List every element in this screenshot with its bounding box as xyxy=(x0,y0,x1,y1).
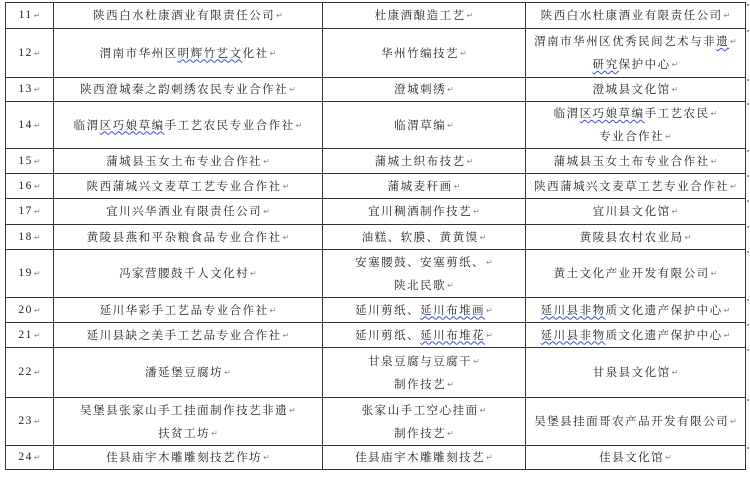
paragraph-mark-icon: ↵ xyxy=(283,233,290,242)
workshop-name: 陕西白水杜康酒业有限责任公司↵ xyxy=(54,3,323,29)
table-row: 15↵蒲城县玉女土布专业合作社↵蒲城土织布技艺↵蒲城县玉女土布专业合作社↵ xyxy=(6,149,746,174)
row-number: 24↵ xyxy=(6,446,54,470)
paragraph-mark-icon: ↵ xyxy=(724,11,731,20)
paragraph-mark-icon: ↵ xyxy=(34,49,41,58)
paragraph-mark-icon: ↵ xyxy=(480,233,487,242)
workshop-name-line: 黄陵县燕和平杂粮食品专业合作社↵ xyxy=(56,226,320,249)
spellcheck-underline: 延川布堆花 xyxy=(420,328,485,342)
row-number: 20↵ xyxy=(6,298,54,323)
heritage-project-line: 宜川稠酒制作技艺↵ xyxy=(325,200,523,223)
supporting-organization: 黄陵县农村农业局↵ xyxy=(526,225,746,250)
workshop-name-line: 吴堡县张家山手工挂面制作技艺非遗↵ xyxy=(56,399,320,422)
spellcheck-underline: 延川布堆画 xyxy=(420,303,485,317)
row-number-line: 19↵ xyxy=(8,262,51,285)
row-number: 13↵ xyxy=(6,78,54,102)
row-end-mark xyxy=(747,324,749,326)
paragraph-mark-icon: ↵ xyxy=(486,453,493,462)
row-end-mark xyxy=(747,30,749,32)
paragraph-mark-icon: ↵ xyxy=(447,281,454,290)
row-number: 23↵ xyxy=(6,398,54,446)
paragraph-mark-icon: ↵ xyxy=(296,121,303,130)
row-end-mark xyxy=(747,447,749,449)
workshop-name: 延川华彩手工艺品专业合作社↵ xyxy=(54,298,323,323)
paragraph-mark-icon: ↵ xyxy=(486,258,493,267)
heritage-workshop-table: 11↵陕西白水杜康酒业有限责任公司↵杜康酒酿造工艺↵陕西白水杜康酒业有限责任公司… xyxy=(5,2,746,470)
workshop-name: 陕西澄城秦之韵刺绣农民专业合作社↵ xyxy=(54,78,323,102)
workshop-name-line: 蒲城县玉女土布专业合作社↵ xyxy=(56,150,320,173)
table-body: 11↵陕西白水杜康酒业有限责任公司↵杜康酒酿造工艺↵陕西白水杜康酒业有限责任公司… xyxy=(6,3,746,470)
heritage-project: 临渭草编↵ xyxy=(323,102,526,149)
supporting-organization-line: 黄陵县农村农业局↵ xyxy=(528,226,743,249)
table-row: 21↵延川县缺之美手工艺品专业合作社↵延川剪纸、延川布堆花↵延川县非物质文化遗产… xyxy=(6,323,746,348)
heritage-project-line: 张家山手工空心挂面↵ xyxy=(325,399,523,422)
row-number-line: 23↵ xyxy=(8,410,51,433)
row-number: 15↵ xyxy=(6,149,54,174)
paragraph-mark-icon: ↵ xyxy=(685,233,692,242)
row-number: 14↵ xyxy=(6,102,54,149)
paragraph-mark-icon: ↵ xyxy=(34,207,41,216)
workshop-name-line: 冯家营腰鼓千人文化村↵ xyxy=(56,262,320,285)
supporting-organization-line: 渭南市华州区优秀民间艺术与非遗↵ xyxy=(528,30,743,53)
workshop-name-line: 扶贫工坊↵ xyxy=(56,422,320,445)
workshop-name: 蒲城县玉女土布专业合作社↵ xyxy=(54,149,323,174)
table-row: 23↵吴堡县张家山手工挂面制作技艺非遗↵扶贫工坊↵张家山手工空心挂面↵制作技艺↵… xyxy=(6,398,746,446)
workshop-name-line: 渭南市华州区明辉竹艺文化社↵ xyxy=(56,42,320,65)
heritage-project-line: 制作技艺↵ xyxy=(325,373,523,396)
paragraph-mark-icon: ↵ xyxy=(711,269,718,278)
workshop-name: 渭南市华州区明辉竹艺文化社↵ xyxy=(54,29,323,78)
row-number-line: 24↵ xyxy=(8,446,51,469)
row-number-line: 18↵ xyxy=(8,226,51,249)
supporting-organization: 蒲城县玉女土布专业合作社↵ xyxy=(526,149,746,174)
workshop-name: 吴堡县张家山手工挂面制作技艺非遗↵扶贫工坊↵ xyxy=(54,398,323,446)
paragraph-mark-icon: ↵ xyxy=(447,85,454,94)
table-row: 19↵冯家营腰鼓千人文化村↵安塞腰鼓、安塞剪纸、↵陕北民歌↵黄土文化产业开发有限… xyxy=(6,250,746,298)
table-row: 16↵陕西蒲城兴文麦草工艺专业合作社↵蒲城麦秆画↵陕西蒲城兴文麦草工艺专业合作社… xyxy=(6,174,746,199)
paragraph-mark-icon: ↵ xyxy=(447,380,454,389)
supporting-organization-line: 延川县非物质文化遗产保护中心↵ xyxy=(528,299,743,322)
supporting-organization-line: 佳县文化馆↵ xyxy=(528,446,743,469)
row-number: 12↵ xyxy=(6,29,54,78)
paragraph-mark-icon: ↵ xyxy=(724,306,731,315)
row-number: 21↵ xyxy=(6,323,54,348)
row-end-mark xyxy=(747,251,749,253)
paragraph-mark-icon: ↵ xyxy=(34,269,41,278)
supporting-organization-line: 延川县非物质文化遗产保护中心↵ xyxy=(528,324,743,347)
supporting-organization-line: 陕西白水杜康酒业有限责任公司↵ xyxy=(528,4,743,27)
heritage-project: 佳县庙宇木雕雕刻技艺↵ xyxy=(323,446,526,470)
table-row: 24↵佳县庙宇木雕雕刻技艺作坊↵佳县庙宇木雕雕刻技艺↵佳县文化馆↵ xyxy=(6,446,746,470)
paragraph-mark-icon: ↵ xyxy=(467,11,474,20)
spellcheck-underline: 区巧娘草编 xyxy=(580,106,645,120)
row-number-line: 15↵ xyxy=(8,150,51,173)
spellcheck-underline: 区巧娘草编 xyxy=(100,118,165,132)
workshop-name-line: 宜川兴华酒业有限责任公司↵ xyxy=(56,200,320,223)
supporting-organization: 黄土文化产业开发有限公司↵ xyxy=(526,250,746,298)
table-row: 18↵黄陵县燕和平杂粮食品专业合作社↵油糕、软膜、黄黄馍↵黄陵县农村农业局↵ xyxy=(6,225,746,250)
paragraph-mark-icon: ↵ xyxy=(447,121,454,130)
spellcheck-underline: 明辉竹艺文 xyxy=(178,46,243,60)
heritage-project: 蒲城麦秆画↵ xyxy=(323,174,526,199)
workshop-name: 潘延堡豆腐坊↵ xyxy=(54,348,323,398)
paragraph-mark-icon: ↵ xyxy=(672,85,679,94)
heritage-project-line: 延川剪纸、延川布堆花↵ xyxy=(325,324,523,347)
paragraph-mark-icon: ↵ xyxy=(270,306,277,315)
workshop-name-line: 潘延堡豆腐坊↵ xyxy=(56,361,320,384)
row-end-mark xyxy=(747,79,749,81)
table-row: 13↵陕西澄城秦之韵刺绣农民专业合作社↵澄城刺绣↵澄城县文化馆↵ xyxy=(6,78,746,102)
paragraph-mark-icon: ↵ xyxy=(34,417,41,426)
workshop-name: 佳县庙宇木雕雕刻技艺作坊↵ xyxy=(54,446,323,470)
supporting-organization-line: 黄土文化产业开发有限公司↵ xyxy=(528,262,743,285)
heritage-project-line: 油糕、软膜、黄黄馍↵ xyxy=(325,226,523,249)
table-row: 22↵潘延堡豆腐坊↵甘泉豆腐与豆腐干↵制作技艺↵甘泉县文化馆↵ xyxy=(6,348,746,398)
workshop-name-line: 陕西白水杜康酒业有限责任公司↵ xyxy=(56,4,320,27)
heritage-project: 宜川稠酒制作技艺↵ xyxy=(323,199,526,225)
heritage-project-line: 澄城刺绣↵ xyxy=(325,78,523,101)
workshop-name-line: 陕西澄城秦之韵刺绣农民专业合作社↵ xyxy=(56,78,320,101)
supporting-organization-line: 澄城县文化馆↵ xyxy=(528,78,743,101)
paragraph-mark-icon: ↵ xyxy=(250,269,257,278)
heritage-project-line: 蒲城土织布技艺↵ xyxy=(325,150,523,173)
paragraph-mark-icon: ↵ xyxy=(34,368,41,377)
paragraph-mark-icon: ↵ xyxy=(289,85,296,94)
heritage-project-line: 甘泉豆腐与豆腐干↵ xyxy=(325,350,523,373)
paragraph-mark-icon: ↵ xyxy=(473,207,480,216)
heritage-project-line: 制作技艺↵ xyxy=(325,422,523,445)
paragraph-mark-icon: ↵ xyxy=(730,37,737,46)
supporting-organization: 临渭区巧娘草编手工艺农民↵专业合作社↵ xyxy=(526,102,746,149)
row-end-mark xyxy=(747,150,749,152)
paragraph-mark-icon: ↵ xyxy=(711,157,718,166)
supporting-organization: 佳县文化馆↵ xyxy=(526,446,746,470)
row-number-line: 22↵ xyxy=(8,361,51,384)
supporting-organization: 吴堡县挂面哥农产品开发有限公司↵ xyxy=(526,398,746,446)
paragraph-mark-icon: ↵ xyxy=(34,182,41,191)
paragraph-mark-icon: ↵ xyxy=(34,85,41,94)
spellcheck-underline: 延川县非物 xyxy=(541,303,606,317)
table-row: 20↵延川华彩手工艺品专业合作社↵延川剪纸、延川布堆画↵延川县非物质文化遗产保护… xyxy=(6,298,746,323)
paragraph-mark-icon: ↵ xyxy=(486,306,493,315)
workshop-name-line: 延川县缺之美手工艺品专业合作社↵ xyxy=(56,324,320,347)
workshop-name-line: 延川华彩手工艺品专业合作社↵ xyxy=(56,299,320,322)
paragraph-mark-icon: ↵ xyxy=(447,429,454,438)
paragraph-mark-icon: ↵ xyxy=(263,157,270,166)
supporting-organization: 延川县非物质文化遗产保护中心↵ xyxy=(526,298,746,323)
row-end-mark xyxy=(747,299,749,301)
heritage-project-line: 蒲城麦秆画↵ xyxy=(325,175,523,198)
row-number-line: 11↵ xyxy=(8,4,51,27)
row-number-line: 12↵ xyxy=(8,42,51,65)
paragraph-mark-icon: ↵ xyxy=(289,406,296,415)
supporting-organization-line: 吴堡县挂面哥农产品开发有限公司↵ xyxy=(528,410,743,433)
paragraph-mark-icon: ↵ xyxy=(473,357,480,366)
heritage-project: 安塞腰鼓、安塞剪纸、↵陕北民歌↵ xyxy=(323,250,526,298)
supporting-organization-line: 专业合作社↵ xyxy=(528,125,743,148)
table-row: 14↵临渭区巧娘草编手工艺农民专业合作社↵临渭草编↵临渭区巧娘草编手工艺农民↵专… xyxy=(6,102,746,149)
paragraph-mark-icon: ↵ xyxy=(672,368,679,377)
paragraph-mark-icon: ↵ xyxy=(730,417,737,426)
paragraph-mark-icon: ↵ xyxy=(224,368,231,377)
paragraph-mark-icon: ↵ xyxy=(711,109,718,118)
paragraph-mark-icon: ↵ xyxy=(34,121,41,130)
row-end-mark xyxy=(747,399,749,401)
supporting-organization-line: 宜川县文化馆↵ xyxy=(528,200,743,223)
paragraph-mark-icon: ↵ xyxy=(283,182,290,191)
paragraph-mark-icon: ↵ xyxy=(665,453,672,462)
paragraph-mark-icon: ↵ xyxy=(263,453,270,462)
paragraph-mark-icon: ↵ xyxy=(211,429,218,438)
heritage-project: 蒲城土织布技艺↵ xyxy=(323,149,526,174)
heritage-project-line: 华州竹编技艺↵ xyxy=(325,42,523,65)
supporting-organization: 陕西白水杜康酒业有限责任公司↵ xyxy=(526,3,746,29)
workshop-name: 宜川兴华酒业有限责任公司↵ xyxy=(54,199,323,225)
workshop-name: 延川县缺之美手工艺品专业合作社↵ xyxy=(54,323,323,348)
supporting-organization-line: 蒲城县玉女土布专业合作社↵ xyxy=(528,150,743,173)
heritage-project: 油糕、软膜、黄黄馍↵ xyxy=(323,225,526,250)
paragraph-mark-icon: ↵ xyxy=(270,49,277,58)
table-row: 12↵渭南市华州区明辉竹艺文化社↵华州竹编技艺↵渭南市华州区优秀民间艺术与非遗↵… xyxy=(6,29,746,78)
table-row: 17↵宜川兴华酒业有限责任公司↵宜川稠酒制作技艺↵宜川县文化馆↵ xyxy=(6,199,746,225)
row-number-line: 17↵ xyxy=(8,200,51,223)
supporting-organization-line: 陕西蒲城兴文麦草工艺专业合作社↵ xyxy=(528,175,743,198)
workshop-name: 黄陵县燕和平杂粮食品专业合作社↵ xyxy=(54,225,323,250)
row-number: 19↵ xyxy=(6,250,54,298)
paragraph-mark-icon: ↵ xyxy=(276,11,283,20)
paragraph-mark-icon: ↵ xyxy=(34,306,41,315)
paragraph-mark-icon: ↵ xyxy=(460,49,467,58)
paragraph-mark-icon: ↵ xyxy=(283,331,290,340)
paragraph-mark-icon: ↵ xyxy=(672,60,679,69)
supporting-organization-line: 甘泉县文化馆↵ xyxy=(528,361,743,384)
row-end-mark xyxy=(747,226,749,228)
heritage-project: 澄城刺绣↵ xyxy=(323,78,526,102)
row-number-line: 21↵ xyxy=(8,324,51,347)
heritage-project-line: 陕北民歌↵ xyxy=(325,274,523,297)
row-number-line: 16↵ xyxy=(8,175,51,198)
paragraph-mark-icon: ↵ xyxy=(34,453,41,462)
row-number: 22↵ xyxy=(6,348,54,398)
supporting-organization: 渭南市华州区优秀民间艺术与非遗↵研究保护中心↵ xyxy=(526,29,746,78)
row-end-mark xyxy=(747,103,749,105)
row-end-mark xyxy=(747,200,749,202)
paragraph-mark-icon: ↵ xyxy=(486,331,493,340)
workshop-name: 冯家营腰鼓千人文化村↵ xyxy=(54,250,323,298)
paragraph-mark-icon: ↵ xyxy=(724,331,731,340)
spellcheck-underline: 延川县非物 xyxy=(541,328,606,342)
heritage-project-line: 临渭草编↵ xyxy=(325,114,523,137)
workshop-name: 临渭区巧娘草编手工艺农民专业合作社↵ xyxy=(54,102,323,149)
heritage-project-line: 安塞腰鼓、安塞剪纸、↵ xyxy=(325,251,523,274)
row-number-line: 20↵ xyxy=(8,299,51,322)
supporting-organization-line: 研究保护中心↵ xyxy=(528,53,743,76)
workshop-name-line: 佳县庙宇木雕雕刻技艺作坊↵ xyxy=(56,446,320,469)
supporting-organization: 甘泉县文化馆↵ xyxy=(526,348,746,398)
workshop-name-line: 临渭区巧娘草编手工艺农民专业合作社↵ xyxy=(56,114,320,137)
supporting-organization: 澄城县文化馆↵ xyxy=(526,78,746,102)
paragraph-mark-icon: ↵ xyxy=(672,207,679,216)
paragraph-mark-icon: ↵ xyxy=(454,182,461,191)
paragraph-mark-icon: ↵ xyxy=(34,157,41,166)
heritage-project-line: 杜康酒酿造工艺↵ xyxy=(325,4,523,27)
row-number: 11↵ xyxy=(6,3,54,29)
row-end-mark xyxy=(747,175,749,177)
heritage-project: 杜康酒酿造工艺↵ xyxy=(323,3,526,29)
paragraph-mark-icon: ↵ xyxy=(730,182,737,191)
supporting-organization-line: 临渭区巧娘草编手工艺农民↵ xyxy=(528,102,743,125)
paragraph-mark-icon: ↵ xyxy=(34,331,41,340)
paragraph-mark-icon: ↵ xyxy=(480,406,487,415)
table-row: 11↵陕西白水杜康酒业有限责任公司↵杜康酒酿造工艺↵陕西白水杜康酒业有限责任公司… xyxy=(6,3,746,29)
paragraph-mark-icon: ↵ xyxy=(467,157,474,166)
heritage-project: 甘泉豆腐与豆腐干↵制作技艺↵ xyxy=(323,348,526,398)
paragraph-mark-icon: ↵ xyxy=(263,207,270,216)
heritage-project-line: 佳县庙宇木雕雕刻技艺↵ xyxy=(325,446,523,469)
heritage-project-line: 延川剪纸、延川布堆画↵ xyxy=(325,299,523,322)
supporting-organization: 延川县非物质文化遗产保护中心↵ xyxy=(526,323,746,348)
heritage-project: 延川剪纸、延川布堆画↵ xyxy=(323,298,526,323)
row-number-line: 14↵ xyxy=(8,114,51,137)
row-number: 16↵ xyxy=(6,174,54,199)
workshop-name: 陕西蒲城兴文麦草工艺专业合作社↵ xyxy=(54,174,323,199)
spellcheck-underline: 研究 xyxy=(593,57,619,71)
row-number: 18↵ xyxy=(6,225,54,250)
row-number: 17↵ xyxy=(6,199,54,225)
heritage-project: 华州竹编技艺↵ xyxy=(323,29,526,78)
paragraph-mark-icon: ↵ xyxy=(34,11,41,20)
spellcheck-underline: 遗 xyxy=(716,34,729,48)
supporting-organization: 陕西蒲城兴文麦草工艺专业合作社↵ xyxy=(526,174,746,199)
supporting-organization: 宜川县文化馆↵ xyxy=(526,199,746,225)
row-end-mark xyxy=(747,349,749,351)
paragraph-mark-icon: ↵ xyxy=(665,132,672,141)
paragraph-mark-icon: ↵ xyxy=(34,233,41,242)
row-end-mark xyxy=(747,4,749,6)
workshop-name-line: 陕西蒲城兴文麦草工艺专业合作社↵ xyxy=(56,175,320,198)
row-number-line: 13↵ xyxy=(8,78,51,101)
heritage-project: 张家山手工空心挂面↵制作技艺↵ xyxy=(323,398,526,446)
heritage-project: 延川剪纸、延川布堆花↵ xyxy=(323,323,526,348)
